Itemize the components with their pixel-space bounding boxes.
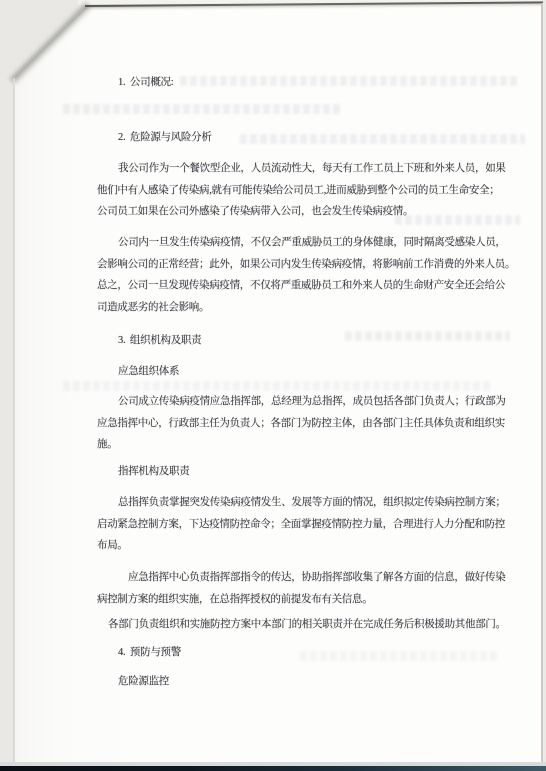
- text-line: 1. 公司概况:: [97, 72, 173, 94]
- text-line: 病控制方案的组织实施，在总指挥授权的前提发布有关信息。: [97, 589, 505, 611]
- document-content: 1. 公司概况:2. 危险源与风险分析我公司作为一个餐饮型企业，人员流动性大，每…: [0, 0, 546, 771]
- text-line: 公司员工如果在公司外感染了传染病带入公司，也会发生传染病疫情。: [97, 201, 506, 223]
- text-line: 应急指挥中心，行政部主任为负责人；各部门为防控主体，由各部门主任具体负责和组织实: [97, 413, 506, 435]
- text-block-paragraph: 总指挥负责掌握突发传染病疫情发生、发展等方面的情况，组织拟定传染病控制方案；启动…: [97, 492, 506, 557]
- text-block-paragraph: 各部门负责组织和实施防控方案中本部门的相关职责并在完成任务后积极援助其他部门。: [97, 614, 506, 636]
- text-line: 总指挥负责掌握突发传染病疫情发生、发展等方面的情况，组织拟定传染病控制方案；: [97, 492, 506, 514]
- text-line: 我公司作为一个餐饮型企业，人员流动性大，每天有工作工员上下班和外来人员，如果: [97, 158, 506, 180]
- text-line: 3. 组织机构及职责: [97, 330, 201, 352]
- text-line: 布局。: [97, 535, 506, 557]
- text-block-paragraph: 我公司作为一个餐饮型企业，人员流动性大，每天有工作工员上下班和外来人员，如果他们…: [97, 158, 506, 223]
- text-line: 会影响公司的正常经营；此外，如果公司内发生传染病疫情，将影响前工作消费的外来人员…: [97, 254, 515, 276]
- text-line: 4. 预防与预警: [97, 642, 181, 664]
- text-line: 各部门负责组织和实施防控方案中本部门的相关职责并在完成任务后积极援助其他部门。: [97, 614, 506, 636]
- text-line: 启动紧急控制方案，下达疫情防控命令；全面掌握疫情防控力量，合理进行人力分配和防控: [97, 514, 506, 536]
- text-line: 应急组织体系: [97, 361, 179, 383]
- text-line: 他们中有人感染了传染病,就有可能传染给公司员工,进而威胁到整个公司的员工生命安全…: [97, 180, 506, 202]
- text-block-paragraph: 应急指挥中心负责指挥部指令的传达，协助指挥部收集了解各方面的信息，做好传染病控制…: [97, 567, 505, 610]
- text-block-subheading: 指挥机构及职责: [97, 461, 189, 483]
- text-line: 应急指挥中心负责指挥部指令的传达，协助指挥部收集了解各方面的信息，做好传染: [97, 567, 505, 589]
- text-block-heading: 2. 危险源与风险分析: [97, 127, 212, 149]
- text-block-paragraph: 公司成立传染病疫情应急指挥部，总经理为总指挥，成员包括各部门负责人；行政部为应急…: [97, 391, 506, 456]
- text-block-heading: 3. 组织机构及职责: [97, 330, 201, 352]
- text-line: 危险源监控: [97, 671, 169, 693]
- text-line: 2. 危险源与风险分析: [97, 127, 212, 149]
- text-block-heading: 4. 预防与预警: [97, 642, 181, 664]
- text-block-subheading: 应急组织体系: [97, 361, 179, 383]
- text-line: 总之，公司一旦发现传染病疫情，不仅将严重威胁员工和外来人员的生命财产安全还会给公: [97, 275, 515, 297]
- text-line: 公司成立传染病疫情应急指挥部，总经理为总指挥，成员包括各部门负责人；行政部为: [97, 391, 506, 413]
- text-line: 施。: [97, 434, 506, 456]
- text-block-paragraph: 公司内一旦发生传染病疫情，不仅会严重威胁员工的身体健康，同时隔离受感染人员，会影…: [97, 232, 515, 319]
- text-block-subheading: 危险源监控: [97, 671, 169, 693]
- text-line: 司造成恶劣的社会影响。: [97, 297, 515, 319]
- text-block-heading: 1. 公司概况:: [97, 72, 173, 94]
- text-line: 公司内一旦发生传染病疫情，不仅会严重威胁员工的身体健康，同时隔离受感染人员，: [97, 232, 515, 254]
- text-line: 指挥机构及职责: [97, 461, 189, 483]
